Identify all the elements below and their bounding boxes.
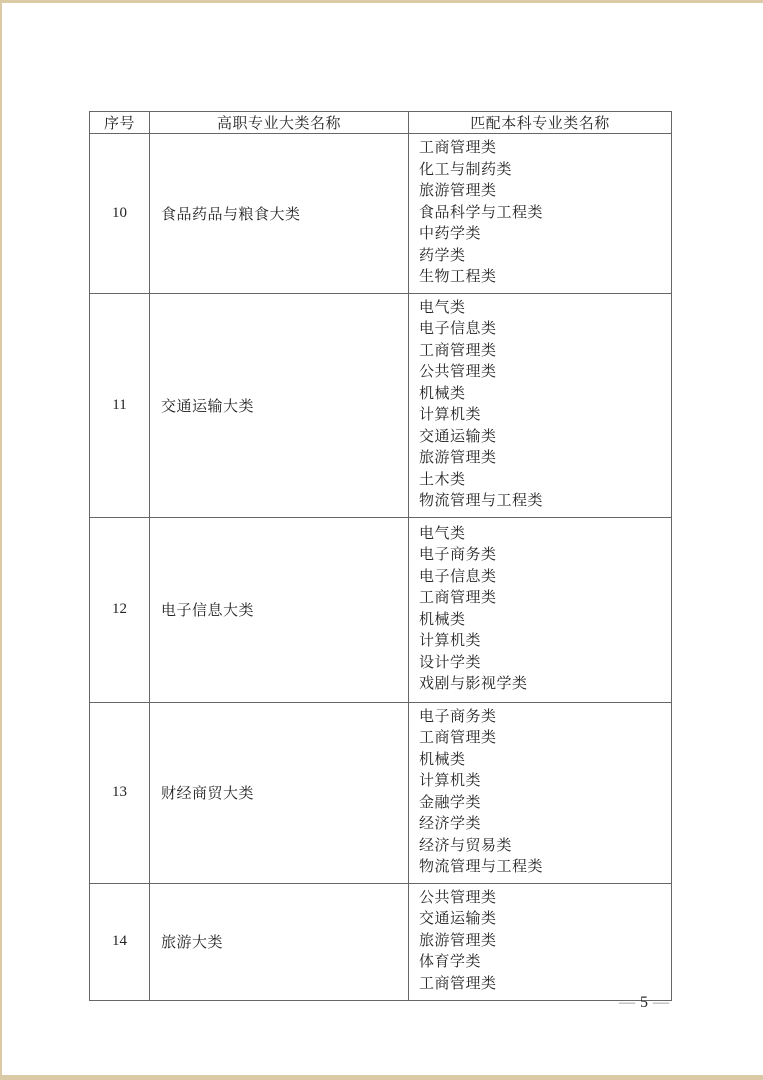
page-number: —5— xyxy=(588,994,700,1012)
match-item: 电子商务类 xyxy=(419,707,671,729)
match-item: 计算机类 xyxy=(419,405,671,427)
row-vocational-category: 财经商贸大类 xyxy=(150,702,409,883)
row-serial-number: 13 xyxy=(90,702,150,883)
scanned-document: { "colors": { "scan_border": "#dbcaa6", … xyxy=(0,0,763,1080)
table-row: 10 食品药品与粮食大类 工商管理类化工与制药类旅游管理类食品科学与工程类中药学… xyxy=(90,134,672,294)
match-item: 工商管理类 xyxy=(419,138,671,160)
match-item: 旅游管理类 xyxy=(419,931,671,953)
row-vocational-category: 食品药品与粮食大类 xyxy=(150,134,409,294)
match-item: 公共管理类 xyxy=(419,888,671,910)
match-item: 旅游管理类 xyxy=(419,181,671,203)
row-serial-number: 10 xyxy=(90,134,150,294)
match-item: 药学类 xyxy=(419,246,671,268)
row-undergraduate-categories: 工商管理类化工与制药类旅游管理类食品科学与工程类中药学类药学类生物工程类 xyxy=(409,134,672,294)
header-row: 序号 高职专业大类名称 匹配本科专业类名称 xyxy=(90,112,672,134)
match-item: 交通运输类 xyxy=(419,427,671,449)
row-undergraduate-categories: 电子商务类工商管理类机械类计算机类金融学类经济学类经济与贸易类物流管理与工程类 xyxy=(409,702,672,883)
table-body: 10 食品药品与粮食大类 工商管理类化工与制药类旅游管理类食品科学与工程类中药学… xyxy=(90,134,672,1001)
match-item: 生物工程类 xyxy=(419,267,671,289)
row-serial-number: 12 xyxy=(90,517,150,702)
match-item: 工商管理类 xyxy=(419,588,671,610)
match-item: 机械类 xyxy=(419,610,671,632)
table-row: 14 旅游大类 公共管理类交通运输类旅游管理类体育学类工商管理类 xyxy=(90,883,672,1000)
page-surface: 序号 高职专业大类名称 匹配本科专业类名称 10 食品药品与粮食大类 工商管理类… xyxy=(2,3,763,1075)
match-item: 电气类 xyxy=(419,524,671,546)
table-header: 序号 高职专业大类名称 匹配本科专业类名称 xyxy=(90,112,672,134)
page-number-dash-left: — xyxy=(619,994,635,1011)
match-item: 金融学类 xyxy=(419,793,671,815)
match-item: 体育学类 xyxy=(419,952,671,974)
match-item: 食品科学与工程类 xyxy=(419,203,671,225)
match-item: 机械类 xyxy=(419,384,671,406)
match-item: 旅游管理类 xyxy=(419,448,671,470)
match-item: 公共管理类 xyxy=(419,362,671,384)
row-vocational-category: 电子信息大类 xyxy=(150,517,409,702)
header-vocational-category: 高职专业大类名称 xyxy=(150,112,409,134)
row-serial-number: 11 xyxy=(90,293,150,517)
page-number-dash-right: — xyxy=(653,994,669,1011)
row-vocational-category: 旅游大类 xyxy=(150,883,409,1000)
header-serial-number: 序号 xyxy=(90,112,150,134)
table-row: 13 财经商贸大类 电子商务类工商管理类机械类计算机类金融学类经济学类经济与贸易… xyxy=(90,702,672,883)
row-undergraduate-categories: 电气类电子商务类电子信息类工商管理类机械类计算机类设计学类戏剧与影视学类 xyxy=(409,517,672,702)
match-item: 物流管理与工程类 xyxy=(419,857,671,879)
match-item: 土木类 xyxy=(419,470,671,492)
match-item: 计算机类 xyxy=(419,771,671,793)
row-undergraduate-categories: 电气类电子信息类工商管理类公共管理类机械类计算机类交通运输类旅游管理类土木类物流… xyxy=(409,293,672,517)
match-item: 经济与贸易类 xyxy=(419,836,671,858)
match-item: 工商管理类 xyxy=(419,728,671,750)
match-item: 电子信息类 xyxy=(419,319,671,341)
table-row: 12 电子信息大类 电气类电子商务类电子信息类工商管理类机械类计算机类设计学类戏… xyxy=(90,517,672,702)
match-item: 计算机类 xyxy=(419,631,671,653)
match-item: 电气类 xyxy=(419,298,671,320)
match-item: 工商管理类 xyxy=(419,974,671,996)
match-item: 电子商务类 xyxy=(419,545,671,567)
match-item: 电子信息类 xyxy=(419,567,671,589)
match-item: 化工与制药类 xyxy=(419,160,671,182)
row-undergraduate-categories: 公共管理类交通运输类旅游管理类体育学类工商管理类 xyxy=(409,883,672,1000)
match-item: 设计学类 xyxy=(419,653,671,675)
header-undergraduate-category: 匹配本科专业类名称 xyxy=(409,112,672,134)
match-item: 戏剧与影视学类 xyxy=(419,674,671,696)
row-serial-number: 14 xyxy=(90,883,150,1000)
match-item: 物流管理与工程类 xyxy=(419,491,671,513)
table-row: 11 交通运输大类 电气类电子信息类工商管理类公共管理类机械类计算机类交通运输类… xyxy=(90,293,672,517)
match-item: 机械类 xyxy=(419,750,671,772)
match-item: 交通运输类 xyxy=(419,909,671,931)
row-vocational-category: 交通运输大类 xyxy=(150,293,409,517)
match-item: 经济学类 xyxy=(419,814,671,836)
major-mapping-table: 序号 高职专业大类名称 匹配本科专业类名称 10 食品药品与粮食大类 工商管理类… xyxy=(89,111,672,1001)
page-number-value: 5 xyxy=(640,994,648,1011)
match-item: 中药学类 xyxy=(419,224,671,246)
match-item: 工商管理类 xyxy=(419,341,671,363)
